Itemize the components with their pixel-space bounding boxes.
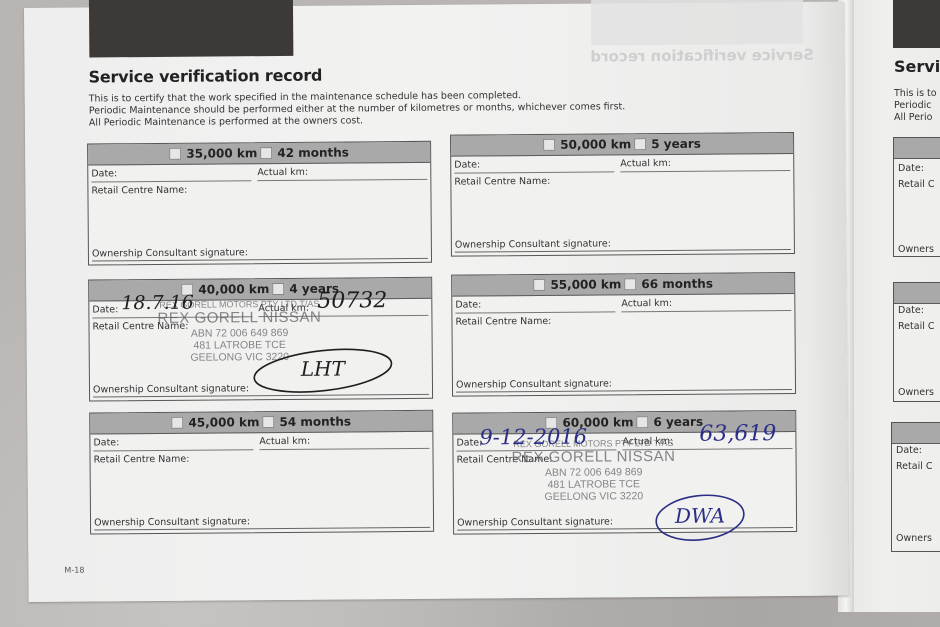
interval-header: 50,000 km5 years: [451, 133, 793, 157]
handwritten-km: 63,619: [699, 421, 776, 447]
actual-km-field[interactable]: Actual km:: [620, 157, 790, 172]
signature-field[interactable]: Ownership Consultant signature:: [456, 377, 792, 393]
retail-centre-label: Retail Centre Name:: [454, 176, 550, 188]
handwritten-km: 50732: [317, 288, 387, 314]
date-label: Date:: [93, 437, 119, 448]
actual-km-field[interactable]: Actual km:: [257, 166, 427, 181]
consultant-signature: DWA: [654, 491, 746, 548]
km-checkbox[interactable]: [169, 148, 181, 160]
km-checkbox[interactable]: [171, 417, 183, 429]
signature-label: Ownership Consultant signature:: [94, 516, 250, 528]
retail-centre-label: Retail Centre Name:: [94, 454, 190, 466]
intro-text: This is to certify that the work specifi…: [89, 89, 626, 129]
date-field[interactable]: Date:: [454, 158, 614, 173]
service-record-card: 45,000 km54 monthsDate:Actual km:Retail …: [89, 410, 434, 535]
date-label: Date:: [896, 445, 922, 456]
date-field[interactable]: Date:: [91, 167, 251, 182]
next-page-intro: This is to Periodic All Perio: [894, 88, 937, 124]
date-field[interactable]: Date:: [93, 436, 253, 451]
date-label: Date:: [454, 159, 480, 170]
retail-label: Retail C: [898, 321, 935, 332]
signature-label: Ownership Consultant signature:: [457, 516, 613, 528]
time-interval: 66 months: [641, 277, 713, 292]
next-page-record-card: Date: Retail C Owners: [891, 422, 940, 552]
actual-km-field[interactable]: Actual km:: [621, 297, 791, 312]
date-label: Date:: [898, 163, 924, 174]
show-through-tab: [591, 0, 803, 46]
km-interval: 35,000 km: [186, 146, 257, 161]
time-interval: 5 years: [651, 137, 701, 151]
actual-km-label: Actual km:: [257, 167, 308, 178]
next-page-tab-block: [893, 0, 940, 48]
time-checkbox[interactable]: [634, 138, 646, 150]
time-checkbox[interactable]: [624, 278, 636, 290]
retail-centre-label: Retail Centre Name:: [455, 316, 551, 328]
km-checkbox[interactable]: [533, 279, 545, 291]
show-through-title: Service verification record: [590, 46, 814, 66]
page-title: Service verification record: [88, 66, 322, 87]
section-tab-block: [89, 0, 293, 57]
left-page: Service verification record Service veri…: [24, 2, 849, 602]
retail-label: Retail C: [896, 461, 933, 472]
service-record-card: 40,000 km4 yearsDate:Actual km:Retail Ce…: [88, 277, 433, 402]
signature-label: Ownership Consultant signature:: [92, 247, 248, 259]
retail-label: Retail C: [898, 179, 935, 190]
signature-label: Owners: [896, 533, 932, 544]
actual-km-label: Actual km:: [259, 436, 310, 447]
km-interval: 45,000 km: [188, 415, 259, 430]
date-field[interactable]: Date:: [455, 298, 615, 313]
service-record-card: 35,000 km42 monthsDate:Actual km:Retail …: [87, 141, 432, 266]
km-checkbox[interactable]: [543, 139, 555, 151]
date-label: Date:: [455, 299, 481, 310]
km-interval: 55,000 km: [550, 277, 621, 292]
signature-label: Ownership Consultant signature:: [456, 378, 612, 390]
interval-header: 45,000 km54 months: [90, 411, 432, 435]
signature-field[interactable]: Ownership Consultant signature:: [94, 515, 430, 531]
intro-line: All Perio: [894, 112, 937, 124]
actual-km-field[interactable]: Actual km:: [259, 435, 429, 450]
date-label: Date:: [92, 304, 118, 315]
km-interval: 50,000 km: [560, 137, 631, 152]
intro-line: This is to: [894, 88, 937, 100]
consultant-signature: LHT: [252, 346, 394, 399]
date-label: Date:: [898, 305, 924, 316]
signature-label: Ownership Consultant signature:: [455, 238, 611, 250]
service-record-card: 60,000 km6 yearsDate:Actual km:Retail Ce…: [452, 410, 797, 535]
service-record-card: 50,000 km5 yearsDate:Actual km:Retail Ce…: [450, 132, 795, 257]
signature-label: Owners: [898, 387, 934, 398]
signature-label: Owners: [898, 244, 934, 255]
retail-centre-label: Retail Centre Name:: [91, 185, 187, 197]
date-label: Date:: [91, 168, 117, 179]
actual-km-label: Actual km:: [621, 298, 672, 309]
signature-field[interactable]: Ownership Consultant signature:: [92, 246, 428, 262]
handwritten-date: 9-12-2016: [479, 425, 587, 450]
next-page-title: Servi: [894, 57, 940, 76]
service-record-card: 55,000 km66 monthsDate:Actual km:Retail …: [451, 272, 796, 397]
next-page-record-card: Date: Retail C Owners: [893, 137, 940, 257]
km-interval: 40,000 km: [198, 282, 269, 297]
time-interval: 54 months: [279, 414, 351, 429]
signature-label: Ownership Consultant signature:: [93, 383, 249, 395]
signature-field[interactable]: Ownership Consultant signature:: [455, 237, 791, 253]
time-checkbox[interactable]: [260, 147, 272, 159]
time-interval: 42 months: [277, 145, 349, 160]
next-page-record-card: Date: Retail C Owners: [893, 282, 940, 402]
interval-header: 55,000 km66 months: [452, 273, 794, 297]
actual-km-label: Actual km:: [620, 158, 671, 169]
page-number: M-18: [64, 566, 84, 575]
time-checkbox[interactable]: [262, 416, 274, 428]
intro-line: Periodic: [894, 100, 937, 112]
time-interval: 6 years: [653, 415, 703, 429]
time-checkbox[interactable]: [636, 416, 648, 428]
interval-header: 35,000 km42 months: [88, 142, 430, 166]
handwritten-date: 18.7.16: [121, 292, 194, 315]
time-checkbox[interactable]: [272, 283, 284, 295]
